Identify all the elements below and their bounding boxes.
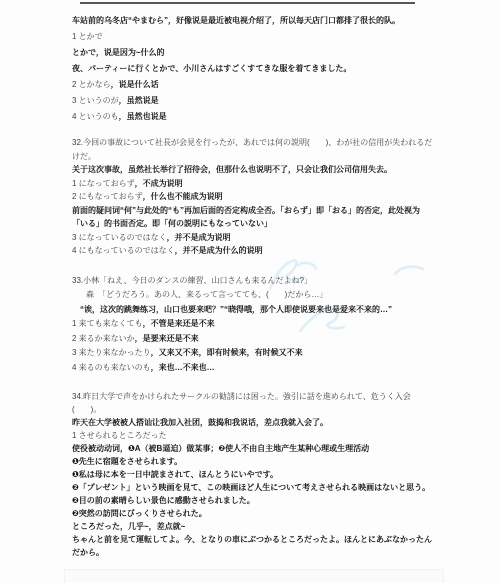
q32-option2-cn: ，什么也不能成为说明 — [143, 192, 223, 201]
q31-option-3: 3 というのが，虽然说是 — [72, 93, 435, 109]
q31-option-2: 2 とかなら，说是什么话 — [72, 77, 435, 93]
q32-option4-cn: ，并不是成为什么的说明 — [175, 246, 263, 255]
q31-explain: とかで，说是因为~什么的 — [72, 45, 435, 61]
q32-explain: 前面的疑问词“何”与此处的“も”再加后面的否定构成全否。「おらず」即「おる」的否… — [72, 204, 435, 231]
q34-tokoro-explain: ところだった，几乎~，差点就~ — [72, 520, 435, 533]
q33-option4-cn: ，来也…不来也… — [151, 363, 215, 372]
question-34-block: 34.昨日大学で声をかけられたサークルの勧誘には困った。強引に話を進められて、危… — [72, 390, 435, 559]
q33-option1-jp: 1 来ても来なくても — [72, 319, 143, 328]
question-31-answer-block: 车站前的乌冬店“やまむら”，好像说是最近被电视介绍了，所以每天店门口都排了很长的… — [72, 13, 435, 125]
top-divider-rule — [80, 2, 415, 4]
q34-grammar-explain: 使役被动动词，❶A（被B逼迫）做某事；❷使人不由自主地产生某种心理或生理活动 — [72, 442, 435, 455]
grammar-notes-document: 车站前的乌冬店“やまむら”，好像说是最近被电视介绍了，所以每天店门口都排了很长的… — [72, 13, 435, 559]
q33-option-4: 4 来るのも来ないのも，来也…不来也… — [72, 361, 435, 376]
q34-option1-jp: 1 させられるところだった — [72, 431, 167, 440]
q31-translation: 车站前的乌冬店“やまむら”，好像说是最近被电视介绍了，所以每天店门口都排了很长的… — [72, 13, 435, 29]
q33-option-1: 1 来ても来なくても，不管是来还是不来 — [72, 317, 435, 332]
q33-mori-line: 森 「どうだろう。あの人、来るって言ってても、( )だから…」 — [72, 288, 435, 303]
q34-example-5: ❷突然の訪問にびっくりさせられた。 — [72, 507, 435, 520]
q34-example-4: ❷目の前の素晴らしい景色に感動させられました。 — [72, 494, 435, 507]
q32-option-3: 3 になっているのではなく，并不是成为说明 — [72, 231, 435, 245]
q33-option-2: 2 来るか来ないか，是要来还是不来 — [72, 332, 435, 347]
question-32-block: 32.今回の事故について社長が会見を行ったが、あれでは何の説明( )、わが社の信… — [72, 136, 435, 258]
q31-option3-jp: 3 というのが — [72, 96, 119, 105]
q34-stem: 34.昨日大学で声をかけられたサークルの勧誘には困った。強引に話を進められて、危… — [72, 390, 435, 416]
q31-example: 夜、パーティーに行くとかで、小川さんはすごくすてきな服を着てきました。 — [72, 61, 435, 77]
q32-translation: 关于这次事故，虽然社长举行了招待会，但那什么也说明不了，只会让我们公司信用失去。 — [72, 163, 435, 177]
q33-option3-cn: ，又来又不来，即有时候来，有时候又不来 — [151, 348, 303, 357]
q32-option2-jp: 2 にもなっておらず — [72, 192, 143, 201]
q32-stem: 32.今回の事故について社長が会見を行ったが、あれでは何の説明( )、わが社の信… — [72, 136, 435, 163]
q34-translation: 昨天在大学被被人搭讪让我加入社团，鼓捣和我说话，差点我就入会了。 — [72, 416, 435, 429]
q31-option-4: 4 というのも，虽然也说是 — [72, 109, 435, 125]
q33-option-3: 3 来たり来なかったり，又来又不来，即有时候来，有时候又不来 — [72, 346, 435, 361]
q31-option3-cn: ，虽然说是 — [119, 96, 159, 105]
q31-option2-cn: ，说是什么话 — [111, 80, 159, 89]
q32-option1-cn: ，不成为说明 — [135, 179, 183, 188]
q33-option2-cn: ，是要来还是不来 — [135, 334, 199, 343]
q33-translation: “诶，这次的跳舞练习，山口也要来吧？”“晓得哦，那个人即使说要来也是爱来不来的…… — [72, 303, 435, 318]
q32-option3-jp: 3 になっているのではなく — [72, 233, 167, 242]
next-content-card-edge — [64, 569, 444, 583]
question-33-block: 33.小林「ねえ、今日のダンスの練習、山口さんも来るんだよね?」 森 「どうだろ… — [72, 274, 435, 376]
q34-example-3: ❷「プレゼント」という映画を見て、この映画ほど人生について考えさせられる映画はな… — [72, 481, 435, 494]
q33-option1-cn: ，不管是来还是不来 — [143, 319, 215, 328]
q31-option-1: 1 とかで — [72, 29, 435, 45]
q32-option3-cn: ，并不是成为说明 — [167, 233, 231, 242]
q32-option1-jp: 1 になっておらず — [72, 179, 135, 188]
q32-option-4: 4 にもなっているのではなく，并不是成为什么的说明 — [72, 244, 435, 258]
q31-option4-cn: ，虽然也说是 — [119, 112, 167, 121]
q31-option4-jp: 4 というのも — [72, 112, 119, 121]
q33-kobayashi-line: 33.小林「ねえ、今日のダンスの練習、山口さんも来るんだよね?」 — [72, 274, 435, 289]
q33-option2-jp: 2 来るか来ないか — [72, 334, 135, 343]
q32-option4-jp: 4 にもなっているのではなく — [72, 246, 175, 255]
q34-example-6: ちゃんと前を見て運転してよ。今、となりの車にぶつかるところだったよ。ほんとにあぶ… — [72, 533, 435, 559]
q31-option1-jp: 1 とかで — [72, 32, 103, 41]
q33-option4-jp: 4 来るのも来ないのも — [72, 363, 151, 372]
q34-option-1: 1 させられるところだった — [72, 429, 435, 442]
q34-example-1: ❶先生に宿題をさせられます。 — [72, 455, 435, 468]
q32-option-1: 1 になっておらず，不成为说明 — [72, 177, 435, 191]
q34-example-2: ❶私は母に本を一日中読まされて、ほんとうにいやです。 — [72, 468, 435, 481]
q33-option3-jp: 3 来たり来なかったり — [72, 348, 151, 357]
q32-option-2: 2 にもなっておらず，什么也不能成为说明 — [72, 190, 435, 204]
q31-option2-jp: 2 とかなら — [72, 80, 111, 89]
